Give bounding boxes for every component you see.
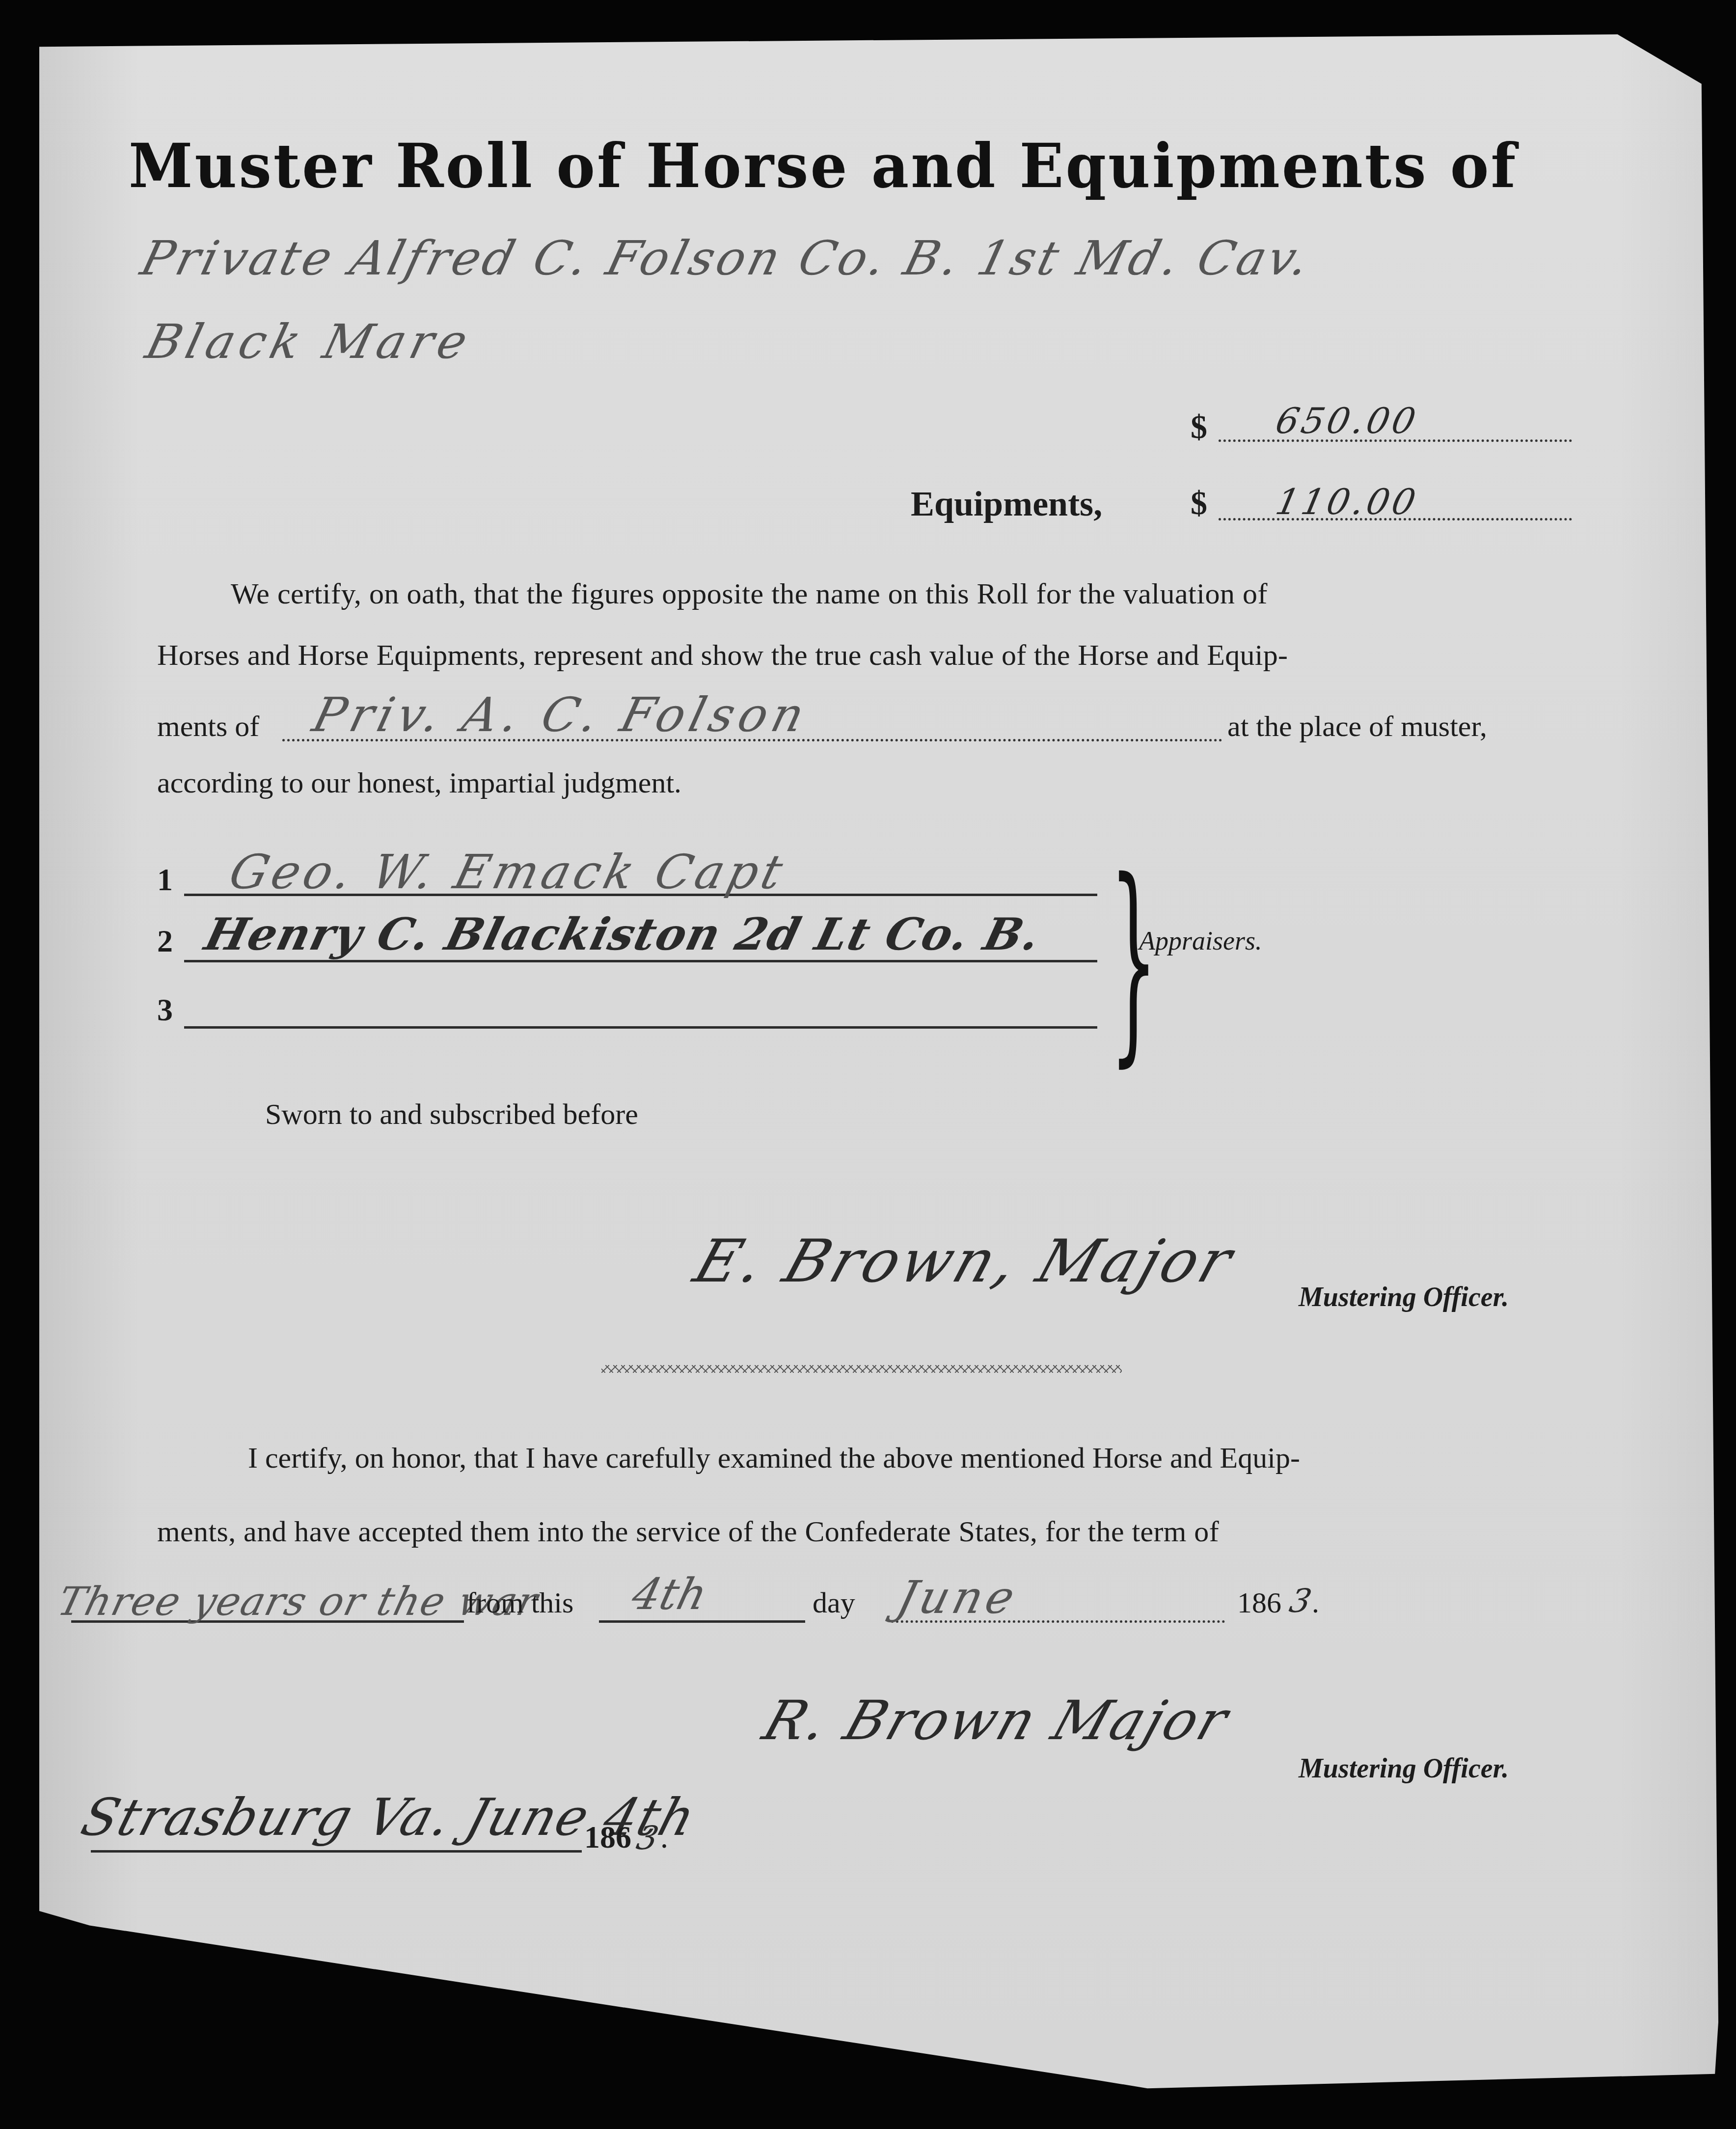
day-value: 4th	[627, 1569, 712, 1619]
honor-line-2: ments, and have accepted them into the s…	[157, 1515, 1219, 1549]
subject-line-1: Private Alfred C. Folson Co. B. 1st Md. …	[136, 231, 1317, 286]
appraiser-3-line	[184, 1026, 1097, 1029]
sworn-signature: E. Brown, Major	[686, 1228, 1243, 1296]
sworn-text: Sworn to and subscribed before	[265, 1097, 638, 1131]
day-label: day	[813, 1586, 855, 1620]
from-this-label: from this	[466, 1586, 573, 1620]
honor-role: Mustering Officer.	[1299, 1753, 1509, 1784]
year-period: .	[1312, 1586, 1319, 1620]
appraiser-2-number: 2	[157, 923, 173, 959]
oath-line-4: according to our honest, impartial judgm…	[157, 766, 681, 800]
equipments-value-amount: 110.00	[1272, 481, 1422, 522]
page-title: Muster Roll of Horse and Equipments of	[129, 130, 1518, 202]
year-prefix: 186	[1237, 1586, 1281, 1620]
oath-line-1: We certify, on oath, that the figures op…	[231, 577, 1268, 611]
month-value: June	[892, 1571, 1024, 1624]
section-divider	[601, 1365, 1122, 1373]
honor-signature: R. Brown Major	[756, 1689, 1237, 1752]
place-year-period: .	[660, 1819, 668, 1856]
oath-line-3-prefix: ments of	[157, 710, 259, 743]
honor-line-1: I certify, on honor, that I have careful…	[248, 1441, 1300, 1475]
equipments-label: Equipments,	[911, 484, 1102, 524]
appraisers-label: Appraisers.	[1139, 926, 1262, 956]
appraiser-2-name: Henry C. Blackiston 2d Lt Co. B.	[200, 908, 1046, 960]
sworn-role: Mustering Officer.	[1299, 1282, 1509, 1313]
appraisers-brace: }	[1110, 852, 1158, 1068]
equipments-value-currency: $	[1191, 484, 1207, 522]
oath-line-2: Horses and Horse Equipments, represent a…	[157, 638, 1288, 672]
place-year-prefix: 186	[584, 1819, 631, 1856]
appraiser-1-number: 1	[157, 862, 173, 898]
oath-line-3-suffix: at the place of muster,	[1227, 710, 1487, 743]
appraiser-3-number: 3	[157, 992, 173, 1028]
subject-line-2: Black Mare	[140, 314, 478, 369]
horse-value-currency: $	[1191, 408, 1207, 446]
place-date-line	[91, 1850, 582, 1853]
day-line	[599, 1620, 805, 1623]
owner-name: Priv. A. C. Folson	[307, 687, 814, 742]
horse-value-amount: 650.00	[1272, 400, 1422, 441]
appraiser-1-name: Geo. W. Emack Capt	[224, 845, 792, 900]
